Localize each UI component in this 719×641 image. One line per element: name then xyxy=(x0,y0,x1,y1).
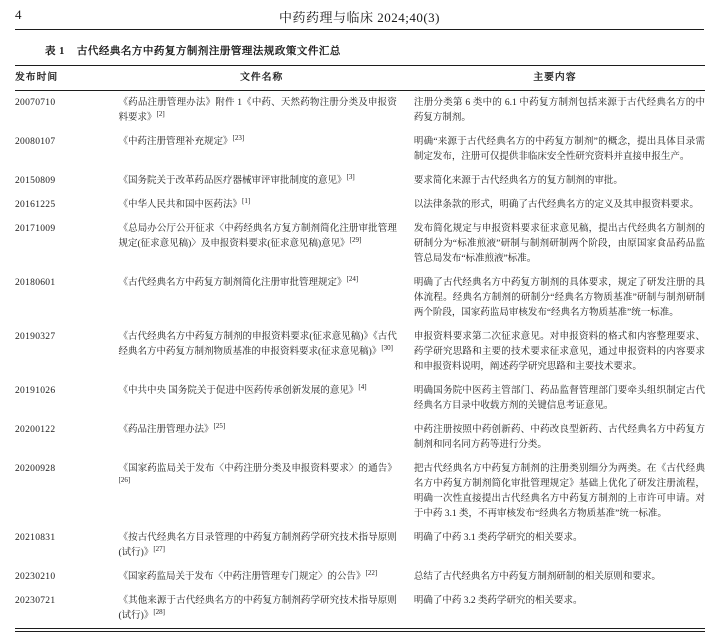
cell-publish-date: 20150809 xyxy=(15,169,119,193)
cell-main-content: 注册分类第 6 类中的 6.1 中药复方制剂包括来源于古代经典名方的中药复方制剂… xyxy=(405,91,705,131)
table-header-row: 发布时间 文件名称 主要内容 xyxy=(15,66,705,91)
cell-main-content: 申报资料要求第二次征求意见。对申报资料的格式和内容整理要求、药学研究思路和主要的… xyxy=(405,325,705,379)
table-row: 20200928《国家药监局关于发布〈中药注册分类及申报资料要求〉的通告》[26… xyxy=(15,457,705,526)
reference-superscript: [29] xyxy=(350,236,362,244)
column-header-content: 主要内容 xyxy=(405,66,705,91)
table-caption-title: 古代经典名方中药复方制剂注册管理法规政策文件汇总 xyxy=(77,46,341,57)
cell-document-name: 《中共中央 国务院关于促进中医药传承创新发展的意见》[4] xyxy=(119,379,405,418)
document-name-text: 《国务院关于改革药品医疗器械审评审批制度的意见》 xyxy=(119,176,347,186)
table-row: 20230210《国家药监局关于发布〈中药注册管理专门规定〉的公告》[22]总结… xyxy=(15,565,705,589)
document-name-text: 《药品注册管理办法》 xyxy=(119,425,214,435)
document-name-text: 《国家药监局关于发布〈中药注册管理专门规定〉的公告》 xyxy=(119,572,366,582)
table-row: 20190327《古代经典名方中药复方制剂的申报资料要求(征求意见稿)》《古代经… xyxy=(15,325,705,379)
paper-page: 4 中药药理与临床 2024;40(3) 表 1古代经典名方中药复方制剂注册管理… xyxy=(0,0,719,641)
reference-superscript: [1] xyxy=(242,197,250,205)
cell-main-content: 明确了中药 3.1 类药学研究的相关要求。 xyxy=(405,526,705,565)
table-row: 20210831《按古代经典名方目录管理的中药复方制剂药学研究技术指导原则(试行… xyxy=(15,526,705,565)
cell-document-name: 《其他来源于古代经典名方的中药复方制剂药学研究技术指导原则(试行)》[28] xyxy=(119,589,405,630)
cell-publish-date: 20191026 xyxy=(15,379,119,418)
table-row: 20070710《药品注册管理办法》附件 1《中药、天然药物注册分类及申报资料要… xyxy=(15,91,705,131)
cell-main-content: 明确了中药 3.2 类药学研究的相关要求。 xyxy=(405,589,705,630)
cell-publish-date: 20180601 xyxy=(15,271,119,325)
cell-main-content: 明确“来源于古代经典名方的中药复方制剂”的概念，提出具体目录需制定发布，注册可仅… xyxy=(405,130,705,169)
cell-publish-date: 20230210 xyxy=(15,565,119,589)
cell-publish-date: 20171009 xyxy=(15,217,119,271)
cell-main-content: 把古代经典名方中药复方制剂的注册类别细分为两类。在《古代经典名方中药复方制剂简化… xyxy=(405,457,705,526)
cell-document-name: 《古代经典名方中药复方制剂的申报资料要求(征求意见稿)》《古代经典名方中药复方制… xyxy=(119,325,405,379)
cell-publish-date: 20230721 xyxy=(15,589,119,630)
document-name-text: 《中药注册管理补充规定》 xyxy=(119,137,233,147)
reference-superscript: [26] xyxy=(119,476,131,484)
table-row: 20150809《国务院关于改革药品医疗器械审评审批制度的意见》[3]要求简化来… xyxy=(15,169,705,193)
column-header-name: 文件名称 xyxy=(119,66,405,91)
table-caption: 表 1古代经典名方中药复方制剂注册管理法规政策文件汇总 xyxy=(45,43,704,58)
reference-superscript: [22] xyxy=(366,569,378,577)
cell-publish-date: 20210831 xyxy=(15,526,119,565)
cell-document-name: 《国家药监局关于发布〈中药注册分类及申报资料要求〉的通告》[26] xyxy=(119,457,405,526)
cell-document-name: 《中药注册管理补充规定》[23] xyxy=(119,130,405,169)
running-head: 4 中药药理与临床 2024;40(3) xyxy=(15,7,704,30)
document-name-text: 《中华人民共和国中医药法》 xyxy=(119,200,243,210)
cell-main-content: 总结了古代经典名方中药复方制剂研制的相关原则和要求。 xyxy=(405,565,705,589)
reference-superscript: [24] xyxy=(347,275,359,283)
cell-main-content: 中药注册按照中药创新药、中药改良型新药、古代经典名方中药复方制剂和同名同方药等进… xyxy=(405,418,705,457)
cell-main-content: 明确了古代经典名方中药复方制剂的具体要求，规定了研发注册的具体流程。经典名方制剂… xyxy=(405,271,705,325)
cell-publish-date: 20190327 xyxy=(15,325,119,379)
table-body: 20070710《药品注册管理办法》附件 1《中药、天然药物注册分类及申报资料要… xyxy=(15,91,705,631)
cell-document-name: 《国务院关于改革药品医疗器械审评审批制度的意见》[3] xyxy=(119,169,405,193)
cell-document-name: 《中华人民共和国中医药法》[1] xyxy=(119,193,405,217)
reference-superscript: [3] xyxy=(347,173,355,181)
table-row: 20230721《其他来源于古代经典名方的中药复方制剂药学研究技术指导原则(试行… xyxy=(15,589,705,630)
cell-document-name: 《按古代经典名方目录管理的中药复方制剂药学研究技术指导原则(试行)》[27] xyxy=(119,526,405,565)
reference-superscript: [23] xyxy=(233,134,245,142)
document-name-text: 《古代经典名方中药复方制剂简化注册审批管理规定》 xyxy=(119,278,347,288)
cell-document-name: 《古代经典名方中药复方制剂简化注册审批管理规定》[24] xyxy=(119,271,405,325)
reference-superscript: [2] xyxy=(157,110,165,118)
table-caption-label: 表 1 xyxy=(45,46,65,57)
cell-document-name: 《药品注册管理办法》[25] xyxy=(119,418,405,457)
document-name-text: 《国家药监局关于发布〈中药注册分类及申报资料要求〉的通告》 xyxy=(119,464,397,474)
cell-publish-date: 20070710 xyxy=(15,91,119,131)
cell-main-content: 要求简化来源于古代经典名方的复方制剂的审批。 xyxy=(405,169,705,193)
table-row: 20180601《古代经典名方中药复方制剂简化注册审批管理规定》[24]明确了古… xyxy=(15,271,705,325)
table-row: 20191026《中共中央 国务院关于促进中医药传承创新发展的意见》[4]明确国… xyxy=(15,379,705,418)
table-row: 20200122《药品注册管理办法》[25]中药注册按照中药创新药、中药改良型新… xyxy=(15,418,705,457)
cell-publish-date: 20200122 xyxy=(15,418,119,457)
journal-title: 中药药理与临床 2024;40(3) xyxy=(15,7,704,26)
document-name-text: 《中共中央 国务院关于促进中医药传承创新发展的意见》 xyxy=(119,386,359,396)
document-name-text: 《古代经典名方中药复方制剂的申报资料要求(征求意见稿)》《古代经典名方中药复方制… xyxy=(119,332,397,357)
cell-document-name: 《国家药监局关于发布〈中药注册管理专门规定〉的公告》[22] xyxy=(119,565,405,589)
reference-superscript: [25] xyxy=(214,422,226,430)
reference-superscript: [30] xyxy=(381,344,393,352)
cell-document-name: 《总局办公厅公开征求〈中药经典名方复方制剂简化注册审批管理规定(征求意见稿)〉及… xyxy=(119,217,405,271)
reference-superscript: [27] xyxy=(153,545,165,553)
reference-superscript: [28] xyxy=(153,608,165,616)
cell-publish-date: 20200928 xyxy=(15,457,119,526)
cell-main-content: 明确国务院中医药主管部门、药品监督管理部门要牵头组织制定古代经典名方目录中收载方… xyxy=(405,379,705,418)
table-row: 20161225《中华人民共和国中医药法》[1]以法律条款的形式，明确了古代经典… xyxy=(15,193,705,217)
reference-superscript: [4] xyxy=(358,383,366,391)
table-row: 20171009《总局办公厅公开征求〈中药经典名方复方制剂简化注册审批管理规定(… xyxy=(15,217,705,271)
cell-main-content: 以法律条款的形式，明确了古代经典名方的定义及其申报资料要求。 xyxy=(405,193,705,217)
table-row: 20080107《中药注册管理补充规定》[23]明确“来源于古代经典名方的中药复… xyxy=(15,130,705,169)
column-header-date: 发布时间 xyxy=(15,66,119,91)
cell-publish-date: 20161225 xyxy=(15,193,119,217)
cell-document-name: 《药品注册管理办法》附件 1《中药、天然药物注册分类及申报资料要求》[2] xyxy=(119,91,405,131)
cell-main-content: 发布简化规定与申报资料要求征求意见稿，提出古代经典名方制剂的研制分为“标准煎液”… xyxy=(405,217,705,271)
table-header: 发布时间 文件名称 主要内容 xyxy=(15,66,705,91)
cell-publish-date: 20080107 xyxy=(15,130,119,169)
policy-table: 发布时间 文件名称 主要内容 20070710《药品注册管理办法》附件 1《中药… xyxy=(15,65,705,632)
